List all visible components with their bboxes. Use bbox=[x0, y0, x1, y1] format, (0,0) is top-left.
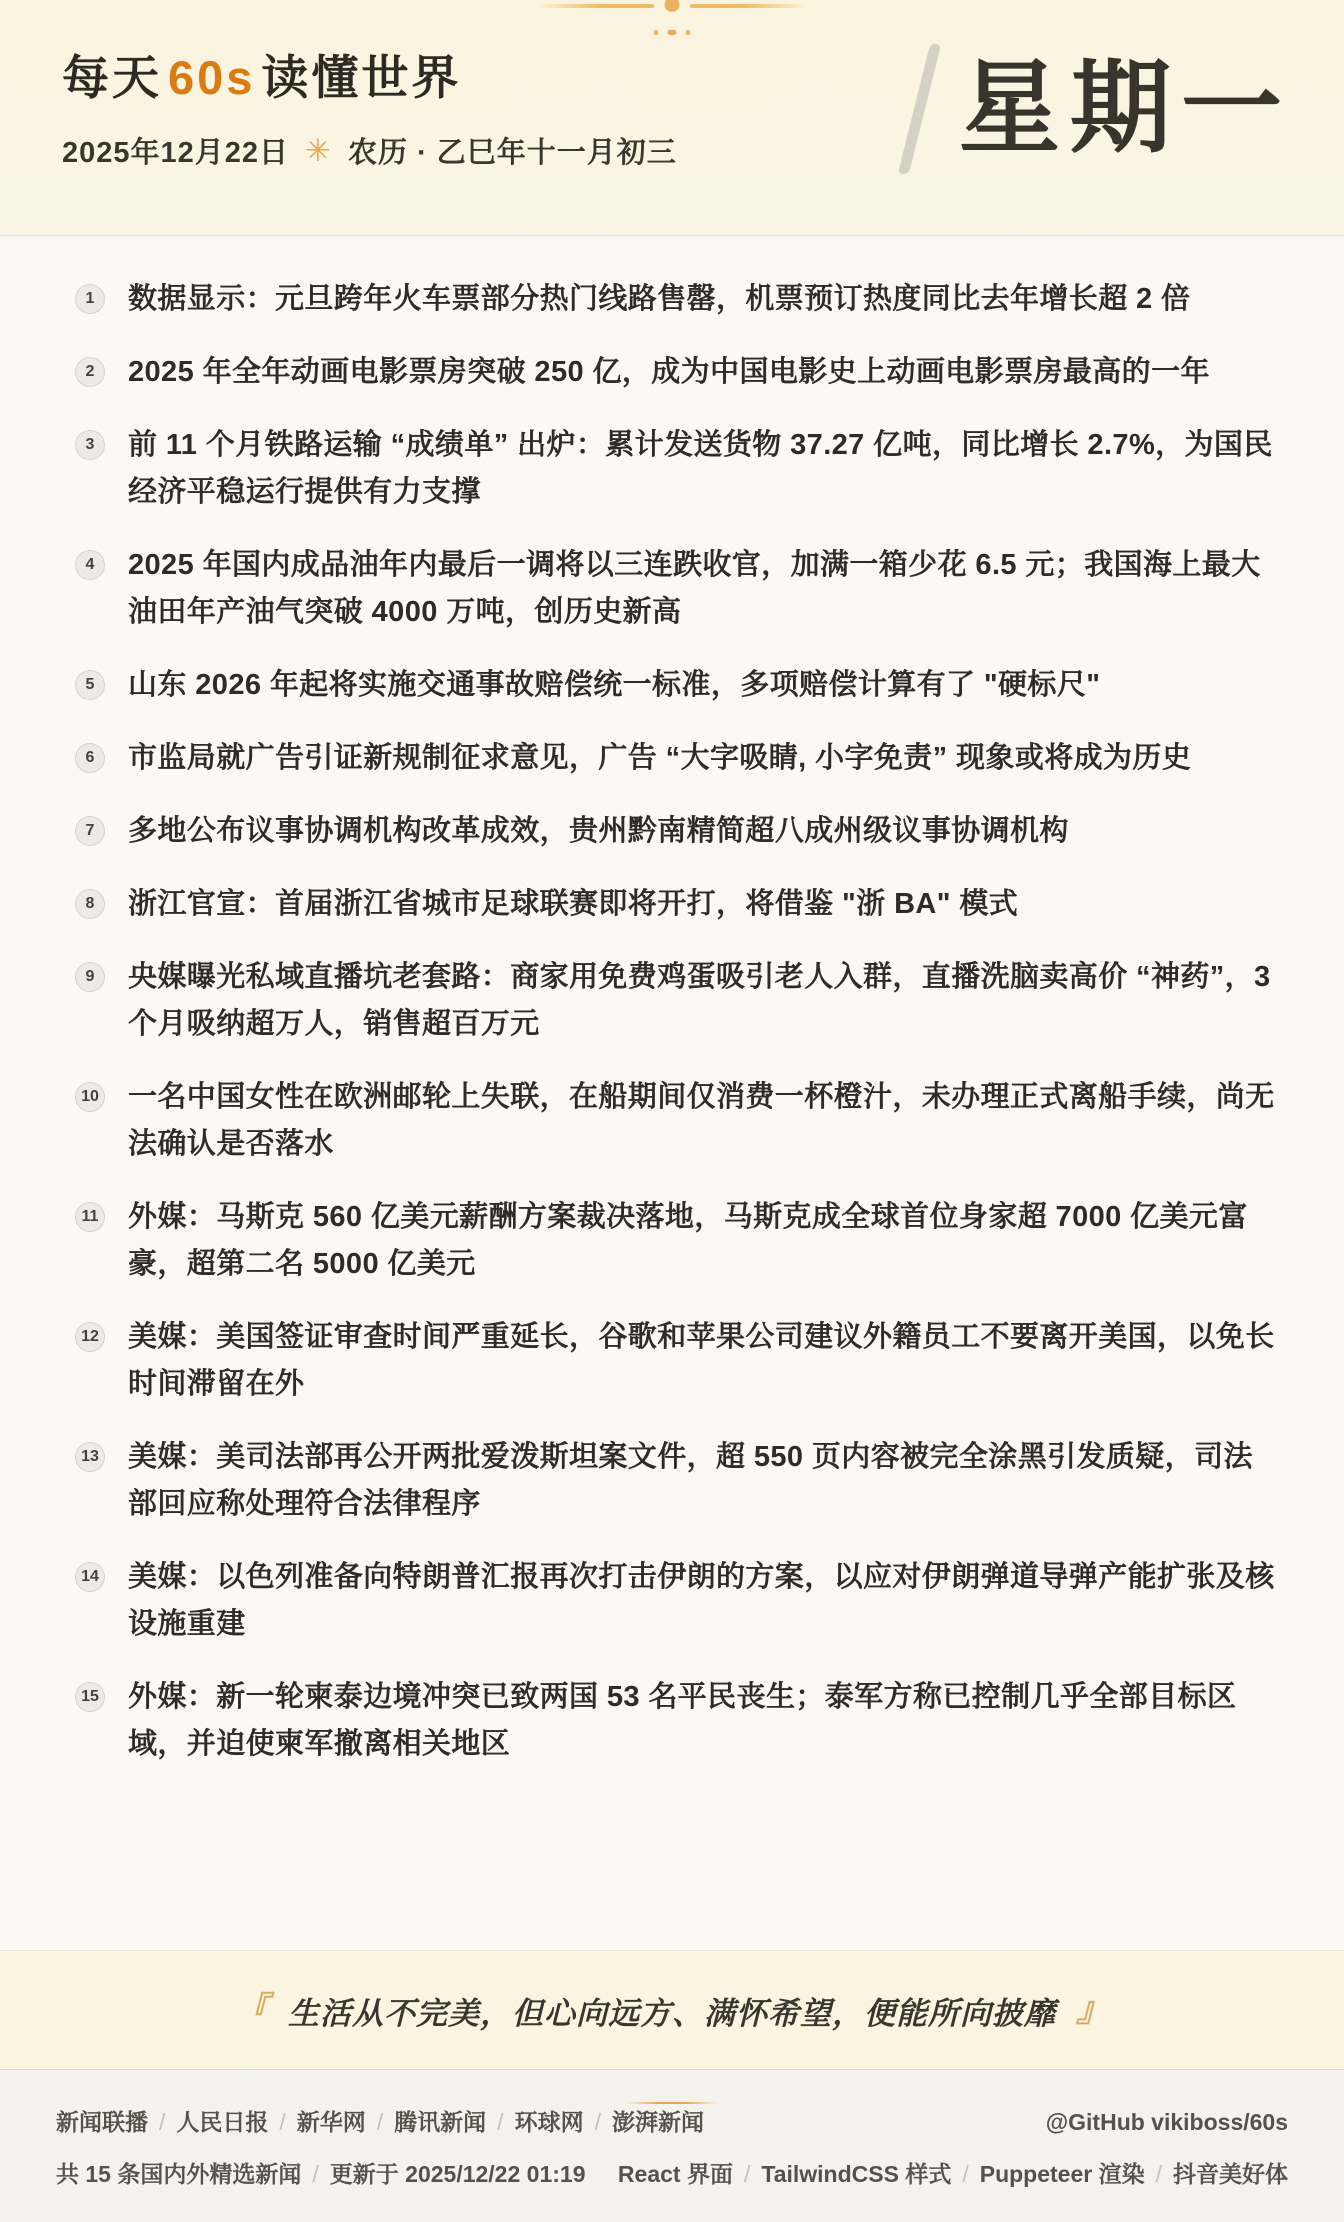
news-text: 一名中国女性在欧洲邮轮上失联，在船期间仅消费一杯橙汁，未办理正式离船手续，尚无法… bbox=[128, 1074, 1276, 1168]
asterisk-icon: ✳ bbox=[305, 135, 332, 166]
news-item: 10 一名中国女性在欧洲邮轮上失联，在船期间仅消费一杯橙汁，未办理正式离船手续，… bbox=[75, 1074, 1276, 1168]
footer-gold-divider bbox=[626, 2102, 718, 2104]
slash-separator: / bbox=[312, 2161, 318, 2188]
news-text: 美媒：美司法部再公开两批爱泼斯坦案文件，超 550 页内容被完全涂黑引发质疑，司… bbox=[128, 1434, 1276, 1528]
news-item: 12 美媒：美国签证审查时间严重延长，谷歌和苹果公司建议外籍员工不要离开美国，以… bbox=[75, 1314, 1276, 1408]
news-item: 11 外媒：马斯克 560 亿美元薪酬方案裁决落地，马斯克成全球首位身家超 70… bbox=[75, 1194, 1276, 1288]
news-item: 15 外媒：新一轮柬泰边境冲突已致两国 53 名平民丧生；泰军方称已控制几乎全部… bbox=[75, 1674, 1276, 1768]
footer: 新闻联播/人民日报/新华网/腾讯新闻/环球网/澎湃新闻 @GitHub viki… bbox=[0, 2070, 1344, 2222]
news-text: 美媒：以色列准备向特朗普汇报再次打击伊朗的方案，以应对伊朗弹道导弹产能扩张及核设… bbox=[128, 1554, 1276, 1648]
slash-separator: / bbox=[595, 2109, 601, 2136]
news-item: 8 浙江官宣：首届浙江省城市足球联赛即将开打，将借鉴 "浙 BA" 模式 bbox=[75, 881, 1276, 928]
slash-separator: / bbox=[159, 2109, 165, 2136]
news-number-badge: 4 bbox=[75, 550, 105, 580]
news-text: 2025 年国内成品油年内最后一调将以三连跌收官，加满一箱少花 6.5 元；我国… bbox=[128, 542, 1276, 636]
news-number-badge: 7 bbox=[75, 816, 105, 846]
news-number-badge: 9 bbox=[75, 962, 105, 992]
news-text: 浙江官宣：首届浙江省城市足球联赛即将开打，将借鉴 "浙 BA" 模式 bbox=[128, 881, 1018, 928]
quote-text: 生活从不完美，但心向远方、满怀希望，便能所向披靡 bbox=[288, 1988, 1056, 2033]
news-text: 美媒：美国签证审查时间严重延长，谷歌和苹果公司建议外籍员工不要离开美国，以免长时… bbox=[128, 1314, 1276, 1408]
news-item: 13 美媒：美司法部再公开两批爱泼斯坦案文件，超 550 页内容被完全涂黑引发质… bbox=[75, 1434, 1276, 1528]
footer-text-part: 抖音美好体 bbox=[1173, 2156, 1288, 2189]
ornament-dots bbox=[654, 30, 691, 35]
daily-news-card: 每天60s读懂世界 2025年12月22日 ✳ 农历 · 乙巳年十一月初三 星期… bbox=[0, 0, 1344, 2222]
slash-separator: / bbox=[1156, 2161, 1162, 2188]
ornament-dot bbox=[668, 30, 677, 35]
ornament-circle bbox=[665, 0, 680, 12]
slash-separator: / bbox=[497, 2109, 503, 2136]
news-item: 6 市监局就广告引证新规制征求意见，广告 “大字吸睛, 小字免责” 现象或将成为… bbox=[75, 735, 1276, 782]
footer-meta-right: React 界面/TailwindCSS 样式/Puppeteer 渲染/抖音美… bbox=[618, 2156, 1288, 2189]
news-number-badge: 1 bbox=[75, 284, 105, 314]
news-item: 2 2025 年全年动画电影票房突破 250 亿，成为中国电影史上动画电影票房最… bbox=[75, 349, 1276, 396]
news-text: 多地公布议事协调机构改革成效，贵州黔南精简超八成州级议事协调机构 bbox=[128, 808, 1069, 855]
news-item: 9 央媒曝光私域直播坑老套路：商家用免费鸡蛋吸引老人入群，直播洗脑卖高价 “神药… bbox=[75, 954, 1276, 1048]
weekday-block: 星期一 bbox=[914, 44, 1292, 174]
news-list: 1 数据显示：元旦跨年火车票部分热门线路售罄，机票预订热度同比去年增长超 2 倍… bbox=[0, 236, 1344, 1950]
lantern-ornament-icon bbox=[522, 0, 822, 44]
news-item: 7 多地公布议事协调机构改革成效，贵州黔南精简超八成州级议事协调机构 bbox=[75, 808, 1276, 855]
slash-separator: / bbox=[962, 2161, 968, 2188]
quote-bracket-left-icon: 『 bbox=[234, 1993, 268, 2027]
ornament-dot bbox=[686, 30, 691, 35]
news-number-badge: 10 bbox=[75, 1082, 105, 1112]
gregorian-date: 2025年12月22日 bbox=[62, 130, 289, 171]
title-prefix: 每天 bbox=[62, 51, 162, 104]
weekday-label: 星期一 bbox=[959, 59, 1292, 160]
ornament-dot bbox=[654, 30, 659, 35]
slash-separator: / bbox=[377, 2109, 383, 2136]
news-number-badge: 5 bbox=[75, 670, 105, 700]
footer-text-part: Puppeteer 渲染 bbox=[980, 2156, 1145, 2189]
news-number-badge: 15 bbox=[75, 1682, 105, 1712]
footer-row-2: 共 15 条国内外精选新闻/更新于 2025/12/22 01:19 React… bbox=[56, 2156, 1288, 2189]
github-credit: @GitHub vikiboss/60s bbox=[1046, 2109, 1288, 2136]
header: 每天60s读懂世界 2025年12月22日 ✳ 农历 · 乙巳年十一月初三 星期… bbox=[0, 0, 1344, 236]
news-number-badge: 8 bbox=[75, 889, 105, 919]
news-number-badge: 11 bbox=[75, 1202, 105, 1232]
slash-divider bbox=[898, 44, 941, 174]
footer-text-part: 更新于 2025/12/22 01:19 bbox=[330, 2156, 586, 2189]
title-suffix: 读懂世界 bbox=[261, 51, 461, 104]
news-text: 山东 2026 年起将实施交通事故赔偿统一标准，多项赔偿计算有了 "硬标尺" bbox=[128, 662, 1100, 709]
footer-text-part: React 界面 bbox=[618, 2156, 733, 2189]
news-item: 1 数据显示：元旦跨年火车票部分热门线路售罄，机票预订热度同比去年增长超 2 倍 bbox=[75, 276, 1276, 323]
news-item: 5 山东 2026 年起将实施交通事故赔偿统一标准，多项赔偿计算有了 "硬标尺" bbox=[75, 662, 1276, 709]
news-item: 4 2025 年国内成品油年内最后一调将以三连跌收官，加满一箱少花 6.5 元；… bbox=[75, 542, 1276, 636]
footer-row-1: 新闻联播/人民日报/新华网/腾讯新闻/环球网/澎湃新闻 @GitHub viki… bbox=[56, 2104, 1288, 2137]
news-number-badge: 12 bbox=[75, 1322, 105, 1352]
footer-text-part: 共 15 条国内外精选新闻 bbox=[56, 2156, 301, 2189]
news-number-badge: 2 bbox=[75, 357, 105, 387]
footer-text-part: TailwindCSS 样式 bbox=[761, 2156, 951, 2189]
footer-text-part: 人民日报 bbox=[176, 2104, 268, 2137]
ornament-line-right bbox=[690, 4, 808, 8]
news-number-badge: 13 bbox=[75, 1442, 105, 1472]
news-text: 外媒：马斯克 560 亿美元薪酬方案裁决落地，马斯克成全球首位身家超 7000 … bbox=[128, 1194, 1276, 1288]
footer-text-part: 澎湃新闻 bbox=[612, 2104, 704, 2137]
news-text: 外媒：新一轮柬泰边境冲突已致两国 53 名平民丧生；泰军方称已控制几乎全部目标区… bbox=[128, 1674, 1276, 1768]
ornament-line-left bbox=[536, 4, 654, 8]
news-number-badge: 3 bbox=[75, 430, 105, 460]
news-text: 前 11 个月铁路运输 “成绩单” 出炉：累计发送货物 37.27 亿吨，同比增… bbox=[128, 422, 1276, 516]
footer-text-part: 新闻联播 bbox=[56, 2104, 148, 2137]
news-item: 3 前 11 个月铁路运输 “成绩单” 出炉：累计发送货物 37.27 亿吨，同… bbox=[75, 422, 1276, 516]
footer-text-part: 环球网 bbox=[515, 2104, 584, 2137]
quote-bracket-right-icon: 』 bbox=[1076, 1993, 1110, 2027]
footer-meta-left: 共 15 条国内外精选新闻/更新于 2025/12/22 01:19 bbox=[56, 2156, 585, 2189]
footer-text-part: 新华网 bbox=[297, 2104, 366, 2137]
title-block: 每天60s读懂世界 2025年12月22日 ✳ 农历 · 乙巳年十一月初三 bbox=[62, 52, 677, 171]
news-number-badge: 6 bbox=[75, 743, 105, 773]
news-text: 市监局就广告引证新规制征求意见，广告 “大字吸睛, 小字免责” 现象或将成为历史 bbox=[128, 735, 1191, 782]
news-text: 2025 年全年动画电影票房突破 250 亿，成为中国电影史上动画电影票房最高的… bbox=[128, 349, 1210, 396]
slash-separator: / bbox=[279, 2109, 285, 2136]
title-highlight: 60s bbox=[162, 51, 261, 104]
quote-banner: 『 生活从不完美，但心向远方、满怀希望，便能所向披靡 』 bbox=[0, 1950, 1344, 2070]
footer-text-part: 腾讯新闻 bbox=[394, 2104, 486, 2137]
news-item: 14 美媒：以色列准备向特朗普汇报再次打击伊朗的方案，以应对伊朗弹道导弹产能扩张… bbox=[75, 1554, 1276, 1648]
news-number-badge: 14 bbox=[75, 1562, 105, 1592]
footer-sources: 新闻联播/人民日报/新华网/腾讯新闻/环球网/澎湃新闻 bbox=[56, 2104, 704, 2137]
news-text: 数据显示：元旦跨年火车票部分热门线路售罄，机票预订热度同比去年增长超 2 倍 bbox=[128, 276, 1190, 323]
date-row: 2025年12月22日 ✳ 农历 · 乙巳年十一月初三 bbox=[62, 130, 677, 171]
lunar-date: 农历 · 乙巳年十一月初三 bbox=[348, 130, 677, 171]
page-title: 每天60s读懂世界 bbox=[62, 52, 677, 104]
slash-separator: / bbox=[744, 2161, 750, 2188]
news-text: 央媒曝光私域直播坑老套路：商家用免费鸡蛋吸引老人入群，直播洗脑卖高价 “神药”，… bbox=[128, 954, 1276, 1048]
